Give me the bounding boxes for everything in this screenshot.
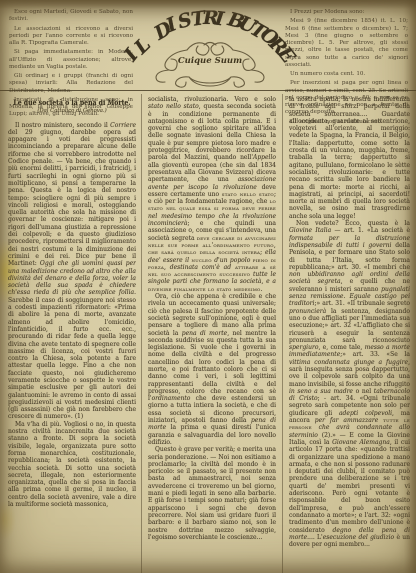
text-segment: stato nello stato [222,191,274,198]
text-segment: , nel mentre la seconda suddivise su que… [148,330,276,403]
text-segment: nucleo [191,257,211,264]
text-segment: la nostra apatia, la nostra indifferenza… [289,96,410,220]
text-segment: ;» art. 31. «Il tribunale segreto [314,300,410,307]
header-divider [0,90,416,91]
column-divider [141,94,142,573]
text-segment: del 29 giugno, darebbe opera ad appagare… [8,129,136,267]
text-segment: vittima condannata giunge a fuggire [289,359,408,366]
text-segment: Sarebbe il caso di soggiungere noi stess… [8,297,136,421]
text-segment: in seno a sua madre [289,388,353,395]
masthead-motto: Cuique Suum [149,56,271,66]
text-segment: — art. 1. «La società è [331,227,410,234]
text-segment: Questo è grave per verità; e merita una … [148,446,276,541]
text-segment: pronuncierà [289,308,326,315]
text-segment: pena di morte [182,330,227,337]
text-segment: Giovine Italia [289,227,331,234]
text-segment: Appello [253,154,276,161]
text-segment: ;» art. 33. «Se la [340,351,410,358]
column-divider [282,94,283,573]
text-segment: , destinata com'è ad [164,264,235,271]
text-segment: spergiuro [289,344,318,351]
notice-line: I Prezzi per Modena sono: [285,9,408,16]
text-segment: Ma v'ha di più. Vogliosi o no, in questa… [8,421,136,508]
text-segment: , questa seconda società è in condizione… [148,103,276,161]
text-segment: . [261,286,263,293]
text-segment: Corriere [110,122,136,129]
text-segment: adepti colpevoli [339,410,392,417]
newspaper-page: Esce ogni Martedì, Giovedì e Sabato, non… [0,0,416,573]
text-segment: d'un popolo [212,257,253,264]
text-segment: Non vedete? Ecco, questa è la [296,220,410,227]
article-source: (Dal Cattolico di Genova.) [8,108,136,115]
article-headline: Le due società o la pena di Morte. [8,99,136,106]
text-segment: Il nostro ministero, secondo il [15,122,110,129]
text-segment: , il cui articolo 17 porta che: «quando … [289,439,410,534]
text-segment: socialista, rivoluzionaria. Vero e solo [148,96,276,103]
text-segment: per far ammazzare [315,417,383,424]
article-paragraph: socialista, rivoluzionaria. Vero e solo … [148,96,276,293]
article-column-2: socialista, rivoluzionaria. Vero e solo … [148,96,276,573]
text-segment: Giovane Alemagna [332,439,390,446]
masthead-ornament: Cuique Suum [149,37,271,88]
text-segment: esecuzione del giudizio [323,534,394,541]
article-column-3: la nostra apatia, la nostra indifferenza… [289,96,410,573]
text-segment: .... L' [307,534,323,541]
notice-line: Mesi 9 (fine dicembre 1854) it. L. 10; M… [285,18,408,69]
text-segment: divenire finalmente lo stato medesimo [148,286,261,293]
text-segment: , e, come tale, [318,344,364,351]
article-paragraph: Ma v'ha di più. Vogliosi o no, in questa… [8,421,136,509]
article-paragraph: Non vedete? Ecco, questa è la Giovine It… [289,220,410,548]
notice-line: Un numero costa cent. 10. [285,71,408,78]
text-segment: stato nello stato [148,103,199,110]
text-segment: o nel [353,388,374,395]
article-paragraph: Il nostro ministero, secondo il Corriere… [8,122,136,421]
article-paragraph: Questo è grave per verità; e merita una … [148,446,276,541]
text-segment: la prima e quasi diresti l'unica garanzi… [148,424,276,446]
masthead-letter: I [214,7,226,30]
article-paragraph: la nostra apatia, la nostra indifferenza… [289,96,410,220]
article-paragraph: Ora, ciò che appena è credibile e che ri… [148,293,276,446]
article-column-1: Le due società o la pena di Morte. (Dal … [8,96,136,573]
